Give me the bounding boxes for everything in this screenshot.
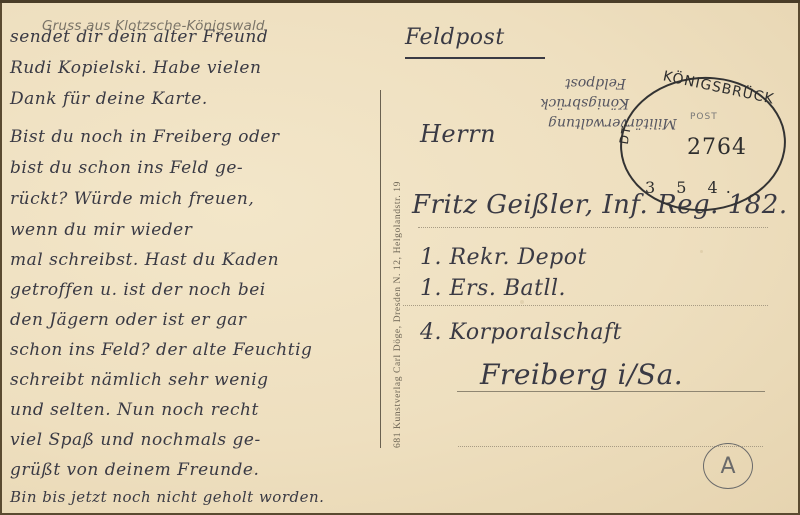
message-line: Rudi Kopielski. Habe vielen	[10, 58, 261, 78]
message-line: und selten. Nun noch recht	[10, 400, 259, 420]
address-line-3: 4. Korporalschaft	[420, 320, 622, 345]
grade-letter: A	[720, 454, 735, 479]
message-line: viel Spaß und nochmals ge-	[10, 430, 261, 450]
feldpost-header: Feldpost	[405, 25, 505, 50]
message-line: mal schreibst. Hast du Kaden	[10, 250, 279, 270]
upside-down-note: Feldpost	[565, 75, 626, 91]
address-line-2: 1. Ers. Batll.	[420, 276, 566, 301]
message-line: grüßt von deinem Freunde.	[10, 460, 259, 480]
salutation: Herrn	[420, 120, 496, 148]
address-line-1: 1. Rekr. Depot	[420, 245, 587, 270]
message-line: getroffen u. ist der noch bei	[10, 280, 266, 300]
message-line: schreibt nämlich sehr wenig	[10, 370, 269, 390]
message-line: schon ins Feld? der alte Feuchtig	[10, 340, 312, 360]
postmark-sub: POST	[690, 112, 718, 122]
message-line: bist du schon ins Feld ge-	[10, 158, 243, 178]
top-edge	[0, 0, 800, 3]
address-line	[403, 305, 768, 306]
grade-mark: A	[703, 443, 753, 489]
postmark-date: 3 5 4.	[645, 178, 739, 197]
message-line: Bin bis jetzt noch nicht geholt worden.	[10, 488, 324, 506]
message-line: wenn du mir wieder	[10, 220, 192, 240]
postmark-number: 2764	[687, 135, 747, 160]
address-line	[418, 227, 768, 228]
message-line: den Jägern oder ist er gar	[10, 310, 247, 330]
center-divider	[380, 90, 381, 448]
upside-down-note: Königsbrück	[540, 95, 629, 111]
message-line: Bist du noch in Freiberg oder	[10, 127, 280, 147]
message-line: sendet dir dein alter Freund	[10, 27, 268, 47]
message-line: rückt? Würde mich freuen,	[10, 189, 254, 209]
publisher-imprint: 681 Kunstverlag Carl Döge, Dresden N. 12…	[393, 181, 403, 448]
address-line	[457, 391, 765, 392]
underline	[405, 57, 545, 59]
postcard-back: Gruss aus Klotzsche-Königswald sendet di…	[0, 0, 800, 515]
address-city: Freiberg i/Sa.	[480, 358, 683, 391]
message-line: Dank für deine Karte.	[10, 89, 208, 109]
